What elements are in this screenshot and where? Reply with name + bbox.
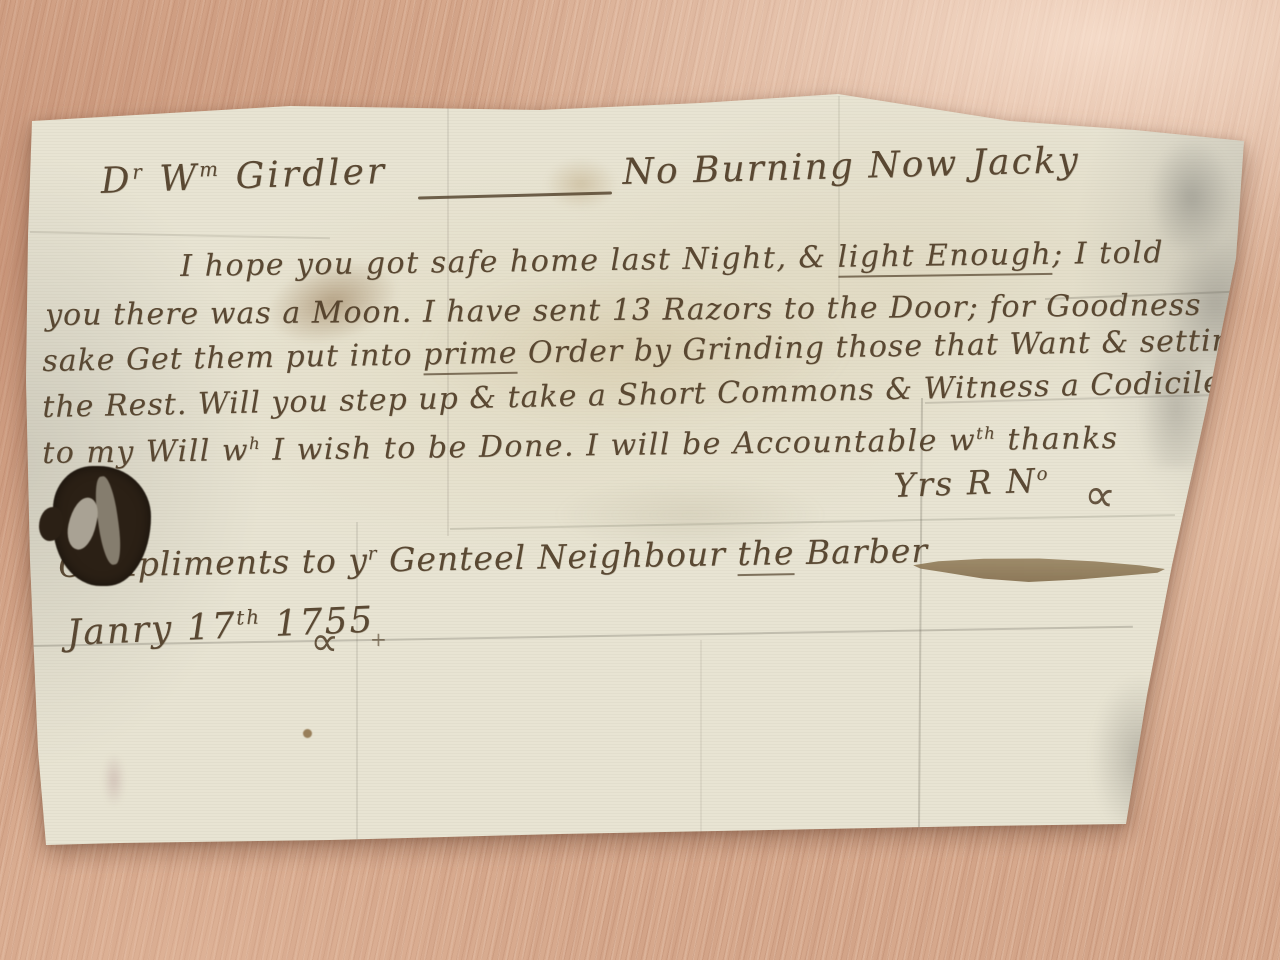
fold-crease-vertical-2 (918, 398, 923, 830)
postscript-line: Compliments to yr Genteel Neighbour the … (58, 533, 928, 584)
salutation-recipient: Dr Wm Girdler (100, 152, 388, 202)
ink-blot-tail (39, 507, 63, 541)
date-flourish: ∝ (309, 618, 341, 666)
body-line-2: you there was a Moon. I have sent 13 Raz… (45, 289, 1202, 332)
fold-crease-vertical-4 (700, 640, 702, 835)
small-pen-mark: + (370, 628, 387, 650)
fold-crease-horizontal-top-left (30, 231, 330, 239)
ink-blot (53, 466, 151, 586)
letter-paper: Dr Wm Girdler No Burning Now Jacky I hop… (0, 0, 1280, 960)
small-tan-stain (545, 158, 617, 210)
letter-paper-wrap: Dr Wm Girdler No Burning Now Jacky I hop… (0, 0, 1280, 960)
small-brown-spot (303, 729, 312, 738)
fold-crease-horizontal-mid (450, 514, 1175, 529)
body-line-1: I hope you got safe home last Night, & l… (180, 236, 1164, 283)
signature: Yrs R No (893, 463, 1050, 505)
photo-of-1755-letter: Dr Wm Girdler No Burning Now Jacky I hop… (0, 0, 1280, 960)
gray-soiling-bottom-right (1092, 675, 1187, 840)
salutation-note: No Burning Now Jacky (622, 141, 1080, 193)
faint-red-mark (103, 753, 125, 807)
brown-stain-smear (913, 552, 1166, 588)
